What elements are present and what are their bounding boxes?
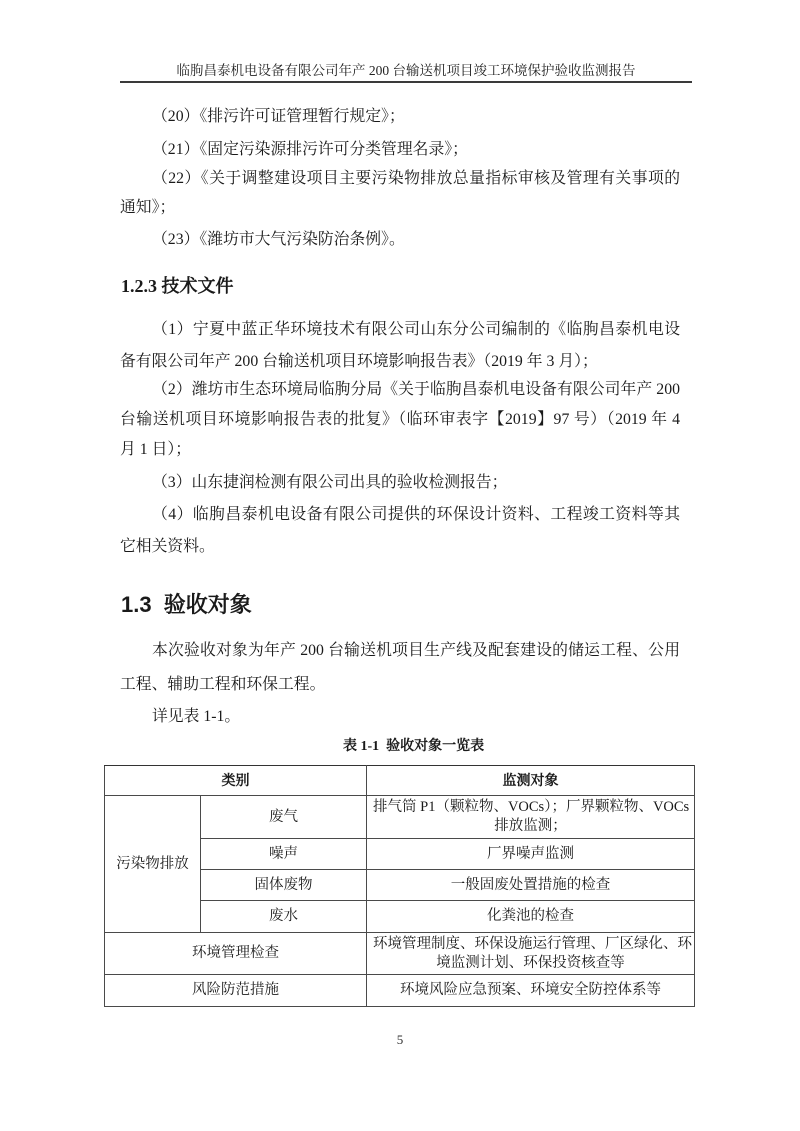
regulation-item-20: （20）《排污许可证管理暂行规定》； [120, 101, 680, 133]
paragraph-line: 通知》； [120, 193, 680, 222]
paragraph-line: 它相关资料。 [120, 531, 680, 563]
category-cell-environmental-management: 环境管理检查 [105, 933, 367, 975]
cell-line: 环境风险应急预案、环境安全防控体系等 [373, 981, 688, 1000]
paragraph-line: （2）潍坊市生态环境局临朐分局《关于临朐昌泰机电设备有限公司年产 200 [120, 375, 680, 405]
target-cell: 环境风险应急预案、环境安全防控体系等 [367, 975, 695, 1007]
acceptance-targets-table: 类别 监测对象 污染物排放 废气 排气筒 P1（颗粒物、VOCs）；厂界颗粒物、… [104, 765, 695, 1007]
paragraph-line: （21）《固定污染源排污许可分类管理名录》； [120, 134, 680, 166]
document-page: 临朐昌泰机电设备有限公司年产 200 台输送机项目竣工环境保护验收监测报告 （2… [0, 0, 800, 1131]
paragraph-line: 详见表 1-1。 [120, 701, 680, 733]
cell-line: 厂界噪声监测 [373, 845, 688, 864]
page-number: 5 [380, 1031, 420, 1049]
table-row: 环境管理检查 环境管理制度、环保设施运行管理、厂区绿化、环 境监测计划、环保投资… [105, 933, 695, 975]
subcategory-cell: 废水 [201, 901, 367, 933]
target-cell: 化粪池的检查 [367, 901, 695, 933]
subcategory-cell: 固体废物 [201, 870, 367, 901]
section-heading-1-2-3: 1.2.3 技术文件 [121, 274, 234, 298]
target-cell: 环境管理制度、环保设施运行管理、厂区绿化、环 境监测计划、环保投资核查等 [367, 933, 695, 975]
regulation-item-21: （21）《固定污染源排污许可分类管理名录》； [120, 134, 680, 166]
subcategory-cell: 废气 [201, 796, 367, 839]
table-row: 风险防范措施 环境风险应急预案、环境安全防控体系等 [105, 975, 695, 1007]
header-category: 类别 [105, 766, 367, 796]
target-cell: 排气筒 P1（颗粒物、VOCs）；厂界颗粒物、VOCs 排放监测； [367, 796, 695, 839]
paragraph-line: 月 1 日）； [120, 435, 680, 465]
paragraph-line: （3）山东捷润检测有限公司出具的验收检测报告； [120, 467, 680, 499]
cell-line: 排放监测； [373, 817, 688, 836]
paragraph-line: （1）宁夏中蓝正华环境技术有限公司山东分公司编制的《临朐昌泰机电设 [120, 314, 680, 346]
cell-line: 化粪池的检查 [373, 907, 688, 926]
paragraph-line: （20）《排污许可证管理暂行规定》； [120, 101, 680, 133]
category-cell-risk-prevention: 风险防范措施 [105, 975, 367, 1007]
table-row: 污染物排放 废气 排气筒 P1（颗粒物、VOCs）；厂界颗粒物、VOCs 排放监… [105, 796, 695, 839]
acceptance-intro-paragraph: 本次验收对象为年产 200 台输送机项目生产线及配套建设的储运工程、公用 工程、… [120, 634, 680, 702]
tech-doc-item-1: （1）宁夏中蓝正华环境技术有限公司山东分公司编制的《临朐昌泰机电设 备有限公司年… [120, 314, 680, 378]
paragraph-line: （22）《关于调整建设项目主要污染物排放总量指标审核及管理有关事项的 [120, 164, 680, 193]
regulation-item-23: （23）《潍坊市大气污染防治条例》。 [120, 224, 680, 256]
target-cell: 厂界噪声监测 [367, 839, 695, 870]
paragraph-line: 台输送机项目环境影响报告表的批复》（临环审表字【2019】97 号）（2019 … [120, 405, 680, 435]
tech-doc-item-4: （4）临朐昌泰机电设备有限公司提供的环保设计资料、工程竣工资料等其 它相关资料。 [120, 499, 680, 563]
tech-doc-item-3: （3）山东捷润检测有限公司出具的验收检测报告； [120, 467, 680, 499]
paragraph-line: 备有限公司年产 200 台输送机项目环境影响报告表》（2019 年 3 月）； [120, 346, 680, 378]
paragraph-line: 工程、辅助工程和环保工程。 [120, 668, 680, 702]
subcategory-cell: 噪声 [201, 839, 367, 870]
cell-line: 环境管理制度、环保设施运行管理、厂区绿化、环 [373, 935, 688, 954]
cell-line: 境监测计划、环保投资核查等 [373, 954, 688, 973]
category-cell-pollutant-discharge: 污染物排放 [105, 796, 201, 933]
paragraph-line: （23）《潍坊市大气污染防治条例》。 [120, 224, 680, 256]
table-caption: 表 1-1 验收对象一览表 [343, 738, 484, 756]
header-monitoring-target: 监测对象 [367, 766, 695, 796]
paragraph-line: 本次验收对象为年产 200 台输送机项目生产线及配套建设的储运工程、公用 [120, 634, 680, 668]
running-header-title: 临朐昌泰机电设备有限公司年产 200 台输送机项目竣工环境保护验收监测报告 [120, 62, 692, 80]
regulation-item-22: （22）《关于调整建设项目主要污染物排放总量指标审核及管理有关事项的 通知》； [120, 164, 680, 222]
cell-line: 排气筒 P1（颗粒物、VOCs）；厂界颗粒物、VOCs [373, 798, 688, 817]
see-table-paragraph: 详见表 1-1。 [120, 701, 680, 733]
header-rule [120, 81, 692, 83]
cell-line: 一般固废处置措施的检查 [373, 876, 688, 895]
section-heading-1-3: 1.3 验收对象 [121, 590, 252, 620]
table-header-row: 类别 监测对象 [105, 766, 695, 796]
paragraph-line: （4）临朐昌泰机电设备有限公司提供的环保设计资料、工程竣工资料等其 [120, 499, 680, 531]
target-cell: 一般固废处置措施的检查 [367, 870, 695, 901]
tech-doc-item-2: （2）潍坊市生态环境局临朐分局《关于临朐昌泰机电设备有限公司年产 200 台输送… [120, 375, 680, 465]
